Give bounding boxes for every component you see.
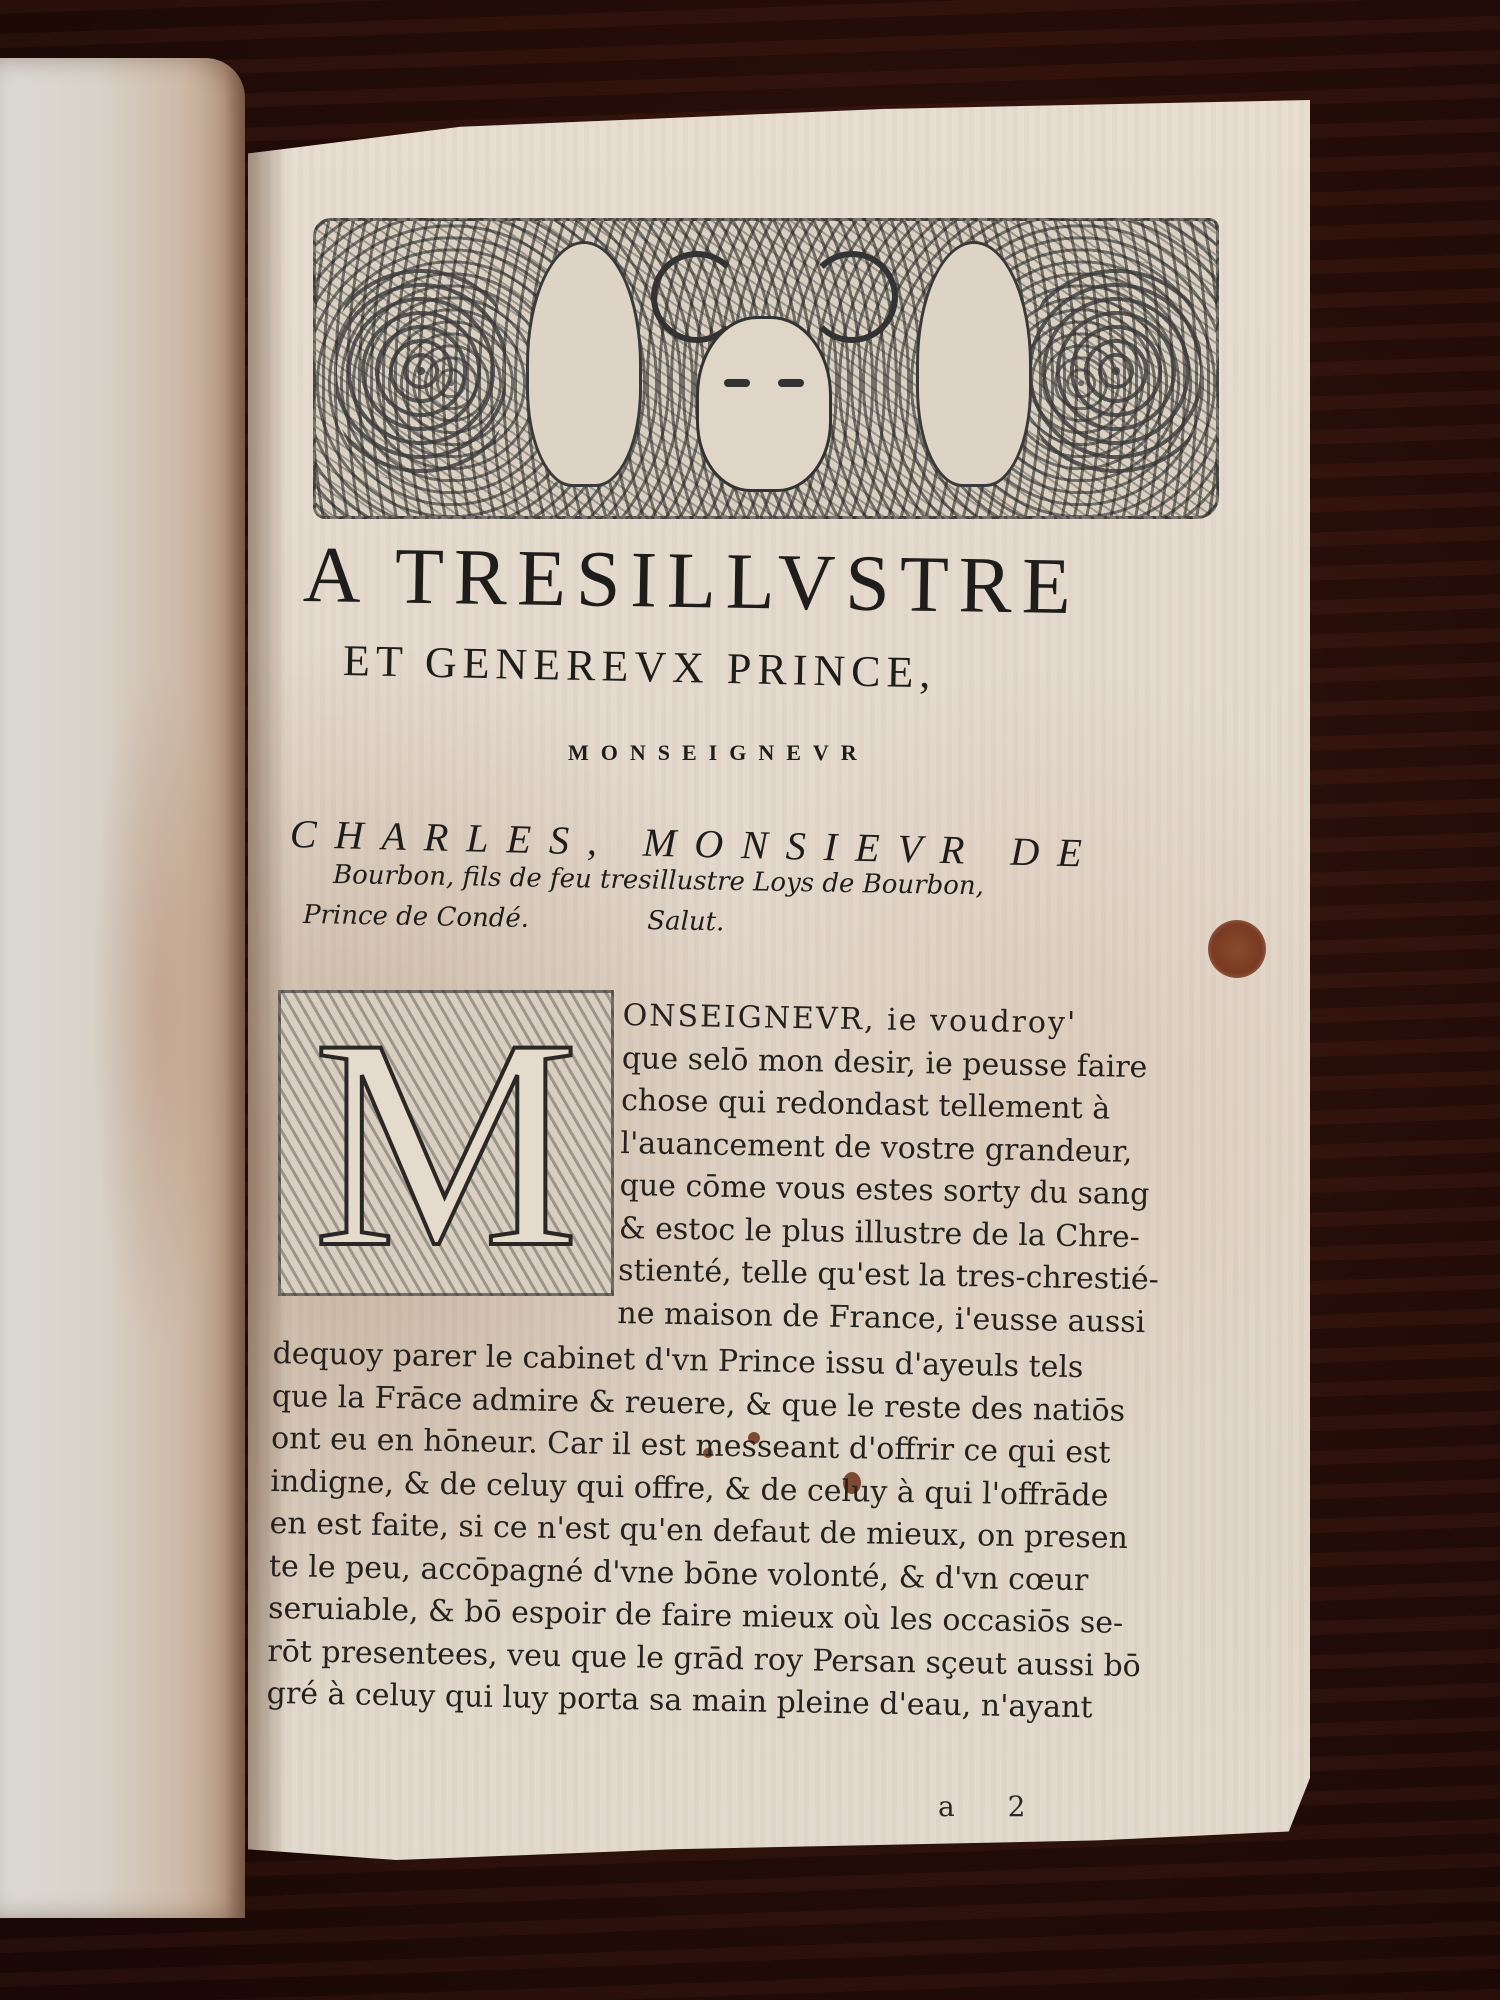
cherub-figure-icon: [916, 241, 1032, 487]
lion-mask-icon: [696, 316, 832, 492]
ornamental-drop-cap-icon: M: [278, 990, 614, 1296]
cherub-figure-icon: [526, 241, 642, 487]
brown-stain: [1208, 920, 1266, 978]
drop-cap-letter: M: [313, 993, 580, 1293]
salutation: Salut.: [647, 906, 725, 937]
signature-mark: a 2: [938, 1790, 1047, 1823]
dedication-title-line-1: A TRESILLVSTRE: [302, 530, 1223, 635]
dedicatee-line-3: Prince de Condé. Salut.: [303, 900, 725, 937]
flower-bouquet-icon: [336, 261, 506, 481]
dedicatee-title: Prince de Condé.: [303, 900, 530, 934]
scroll-ornament-icon: [806, 251, 898, 343]
dedication-title-line-3: MONSEIGNEVR: [568, 740, 869, 766]
foxing-stain: [90, 658, 230, 1358]
body-text-beside-dropcap: ONSEIGNEVR, ie voudroy' que selō mon des…: [617, 995, 1243, 1346]
book-page: A TRESILLVSTRE ET GENEREVX PRINCE, MONSE…: [248, 100, 1310, 1885]
left-page-curled: [0, 58, 245, 1918]
dedication-title-line-2: ET GENEREVX PRINCE,: [342, 635, 1223, 704]
woodcut-headpiece-ornament-icon: [313, 218, 1219, 519]
body-text-full-width: dequoy parer le cabinet d'vn Prince issu…: [266, 1333, 1263, 1733]
flower-bouquet-icon: [1031, 261, 1201, 481]
